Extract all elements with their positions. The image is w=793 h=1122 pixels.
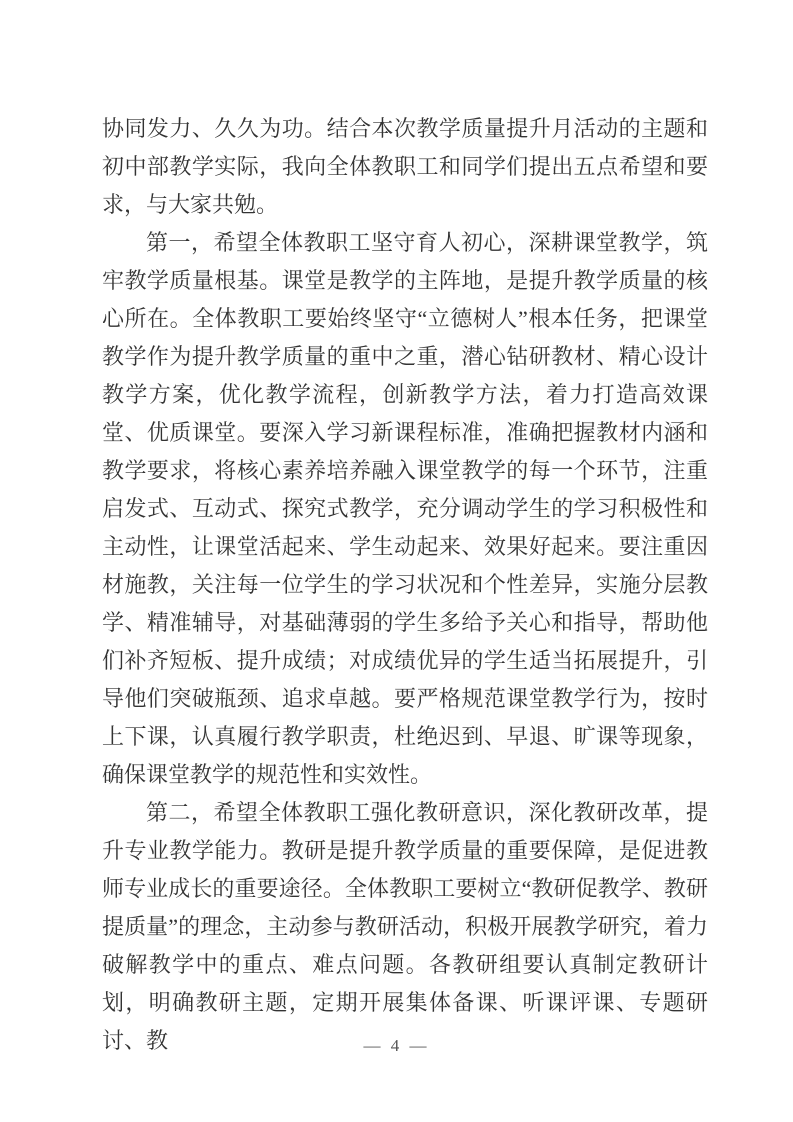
paragraph-continuation: 协同发力、久久为功。结合本次教学质量提升月活动的主题和初中部教学实际，我向全体教… xyxy=(102,110,708,224)
page-number: — 4 — xyxy=(0,1036,793,1056)
document-body: 协同发力、久久为功。结合本次教学质量提升月活动的主题和初中部教学实际，我向全体教… xyxy=(102,110,708,1060)
paragraph-point-two: 第二，希望全体教职工强化教研意识，深化教研改革，提升专业教学能力。教研是提升教学… xyxy=(102,794,708,1060)
document-page: 协同发力、久久为功。结合本次教学质量提升月活动的主题和初中部教学实际，我向全体教… xyxy=(0,0,793,1122)
paragraph-point-one: 第一，希望全体教职工坚守育人初心，深耕课堂教学，筑牢教学质量根基。课堂是教学的主… xyxy=(102,224,708,794)
